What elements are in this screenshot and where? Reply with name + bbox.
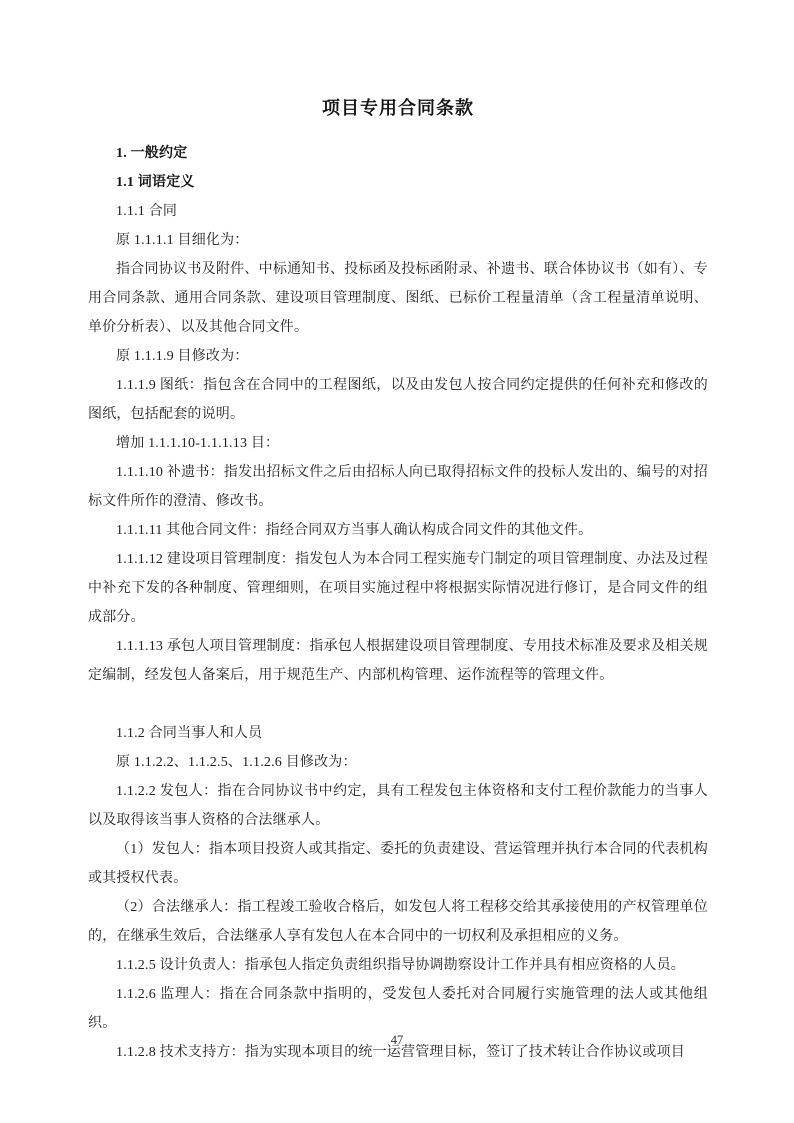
clause-1-1-1-11-body: 1.1.1.11 其他合同文件：指经合同双方当事人确认构成合同文件的其他文件。 <box>88 516 708 545</box>
section-heading-general-provisions: 1. 一般约定 <box>88 139 708 168</box>
document-page: 项目专用合同条款 1. 一般约定 1.1 词语定义 1.1.1 合同 原 1.1… <box>0 0 794 1123</box>
clause-intro-line: 原 1.1.1.9 目修改为： <box>88 342 708 371</box>
clause-intro-line: 增加 1.1.1.10-1.1.1.13 目： <box>88 429 708 458</box>
clause-1-1-1-13-body: 1.1.1.13 承包人项目管理制度：指承包人根据建设项目管理制度、专用技术标准… <box>88 632 708 690</box>
clause-item-1-employer: （1）发包人：指本项目投资人或其指定、委托的负责建设、营运管理并执行本合同的代表… <box>88 835 708 893</box>
clause-1-1-2-5-body: 1.1.2.5 设计负责人：指承包人指定负责组织指导协调勘察设计工作并具有相应资… <box>88 951 708 980</box>
clause-1-1-1-1-body: 指合同协议书及附件、中标通知书、投标函及投标函附录、补遗书、联合体协议书（如有）… <box>88 255 708 342</box>
clause-intro-line: 原 1.1.1.1 目细化为： <box>88 226 708 255</box>
section-heading-definitions: 1.1 词语定义 <box>88 168 708 197</box>
blank-line <box>88 690 708 719</box>
clause-1-1-1-title: 1.1.1 合同 <box>88 197 708 226</box>
clause-1-1-1-9-body: 1.1.1.9 图纸：指包含在合同中的工程图纸，以及由发包人按合同约定提供的任何… <box>88 371 708 429</box>
document-title: 项目专用合同条款 <box>88 95 708 122</box>
document-body: 项目专用合同条款 1. 一般约定 1.1 词语定义 1.1.1 合同 原 1.1… <box>88 95 708 1067</box>
clause-1-1-2-2-body: 1.1.2.2 发包人：指在合同协议书中约定，具有工程发包主体资格和支付工程价款… <box>88 777 708 835</box>
clause-1-1-2-title: 1.1.2 合同当事人和人员 <box>88 719 708 748</box>
clause-1-1-2-6-body: 1.1.2.6 监理人：指在合同条款中指明的，受发包人委托对合同履行实施管理的法… <box>88 980 708 1038</box>
clause-intro-line: 原 1.1.2.2、1.1.2.5、1.1.2.6 目修改为： <box>88 748 708 777</box>
page-number: 47 <box>0 1031 794 1049</box>
clause-1-1-1-12-body: 1.1.1.12 建设项目管理制度：指发包人为本合同工程实施专门制定的项目管理制… <box>88 545 708 632</box>
clause-item-2-successor: （2）合法继承人：指工程竣工验收合格后，如发包人将工程移交给其承接使用的产权管理… <box>88 893 708 951</box>
clause-1-1-1-10-body: 1.1.1.10 补遗书：指发出招标文件之后由招标人向已取得招标文件的投标人发出… <box>88 458 708 516</box>
